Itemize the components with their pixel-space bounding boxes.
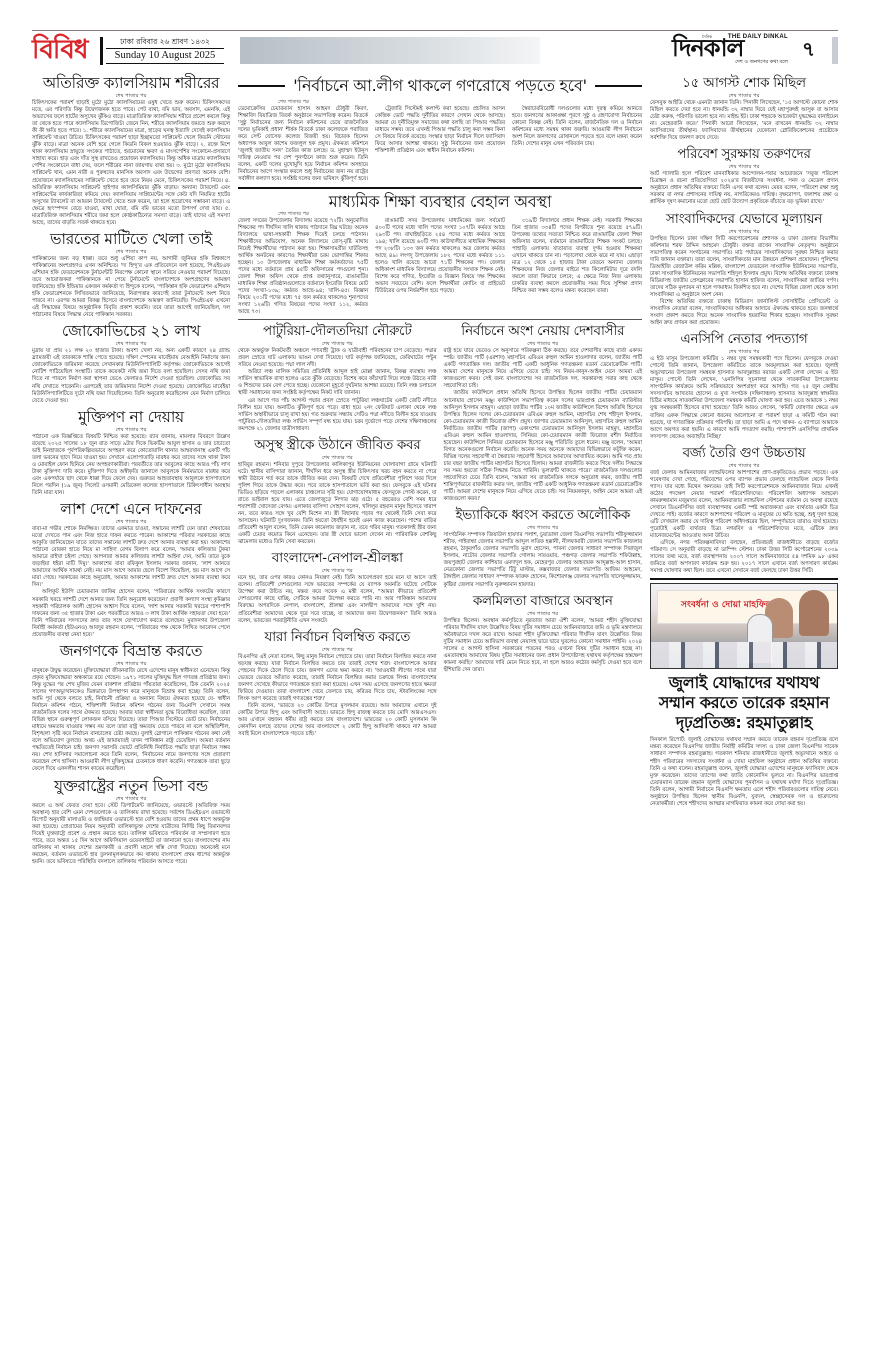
paragraph: এ ইউ মাসুম উপজেলা কমিটির ১ নম্বর যুগ্ম স… [650,356,838,441]
paragraph: পাকিস্তানের জন্য বড় ধাক্কা। তবে শুধু এশ… [32,256,230,319]
continued-label: শেষ পাতার পর [238,647,437,654]
article-body: করলে এ অর্থ ফেরত দেয়া হবে। স্টেট ডিপার্… [32,803,230,866]
paragraph: হাবিবুর রহমান। শনিবার দুপুরে উপজেলার কাল… [238,462,437,547]
headline: সাংবাদিকদের যেভাবে মূল্যায়ন [650,210,838,229]
headline: পাটুরিয়া-দৌলতদিয়া নৌরুটে [238,322,437,341]
paragraph: মনে হয়, তার ওপর কারও কোনও নিয়ন্ত্রণ নে… [238,575,437,624]
lead-headline: 'নির্বাচনে আ.লীগ থাকলে গণরোষে পড়তে হবে' [293,76,586,95]
article-djokovic: জোকোভিচের ২১ লাখ শেষ পাতার পর মুদ্রায় য… [32,322,230,404]
paragraph: জাতীয় কাউন্সিলে প্রধান অতিথি হিসেবে উপস… [444,390,643,503]
article-body: মানুষকে উদ্বুদ্ধ করেছেন। মুক্তিযোদ্ধারা … [32,668,230,774]
masthead-divider [100,37,103,65]
article-waste: বর্জ্য তৈরি গুণ উচ্চতায় শেষ পাতার পর বর… [650,444,838,576]
headline: ইভ্যাকিকে ধ্বংস করতে অলৌকিক [444,506,643,525]
continued-label: শেষ পাতার পর [650,463,838,470]
photo-portrait [799,590,829,636]
paragraph: মানুষকে উদ্বুদ্ধ করেছেন। মুক্তিযোদ্ধারা … [32,668,230,774]
article-july-fighters: সংবর্ধনা ও দোয়া মাহফিল জুলাই যোদ্ধাদের … [650,583,838,807]
article-body: হাবিবুর রহমান। শনিবার দুপুরে উপজেলার কাল… [238,462,437,547]
paragraph: বিএনপির এই নেতা বলেন, কিছু মানুষ নির্বাচ… [238,654,437,703]
article-buried-alive: অসুস্থ স্ত্রীকে উঠানে জীবিত কবর শেষ পাতা… [238,436,437,547]
headline: পরিবেশ সুরক্ষায় তরুণদের [650,145,838,164]
headline: লাশ দেশে এনে দাফনের [32,500,230,519]
headline: নির্বাচনে অংশ নেয়ায় দেশবাসীর [444,322,643,341]
article-delay-election: যারা নির্বাচন বিলম্বিত করতে শেষ পাতার পর… [238,628,437,739]
continued-label: শেষ পাতার পর [32,661,230,668]
continued-label: শেষ পাতার পর [650,93,838,100]
headline: অসুস্থ স্ত্রীকে উঠানে জীবিত কবর [238,436,437,455]
article-body: পাকিস্তানের জন্য বড় ধাক্কা। তবে শুধু এশ… [32,256,230,319]
lead-headline-row: 'নির্বাচনে আ.লীগ থাকলে গণরোষে পড়তে হবে' [238,76,642,95]
right-column: ১৫ আগস্ট শোক মিছিল শেষ পাতার পর ফেসবুক আ… [650,74,838,811]
article-environment-youth: পরিবেশ সুরক্ষায় তরুণদের শেষ পাতার পর আর… [650,145,838,206]
headline: এনসিপি নেতার পদত্যাগ [650,330,838,349]
paragraph: বিশেষ অতিথির বক্তব্যে ঢাকাস্থ মিডিয়াস জ… [650,299,838,327]
article-mourning-procession: ১৫ আগস্ট শোক মিছিল শেষ পাতার পর ফেসবুক আ… [650,74,838,142]
column-text: ট্রেজারি সিস্টেমই কলাপ্ট করা হয়েছে। প্র… [375,106,505,184]
paragraph: উপস্থিত ছিলেন ঢাকা দক্ষিণ সিটি করপোরেশনে… [650,236,838,299]
paragraph: দিনকাল রিপোর্ট: জুলাই যোদ্ধাদের যথাযথ সম… [650,737,838,807]
section-divider [650,578,838,580]
article-journalists: সাংবাদিকদের যেভাবে মূল্যায়ন শেষ পাতার প… [650,210,838,328]
article-body: ফেসবুক আইডি থেকে এমনটা জানান তিনি। পিনাক… [650,100,838,142]
article-ncp-resignation: এনসিপি নেতার পদত্যাগ শেষ পাতার পর এ ইউ ম… [650,330,838,441]
left-column: অতিরিক্ত ক্যালসিয়াম শরীরের শেষ পাতার পর… [32,74,230,869]
photo-banner-text: সংবর্ধনা ও দোয়া মাহফিল [681,597,772,612]
continued-label: শেষ পাতার পর [238,99,642,106]
photo-audience [651,642,837,668]
paragraph: উপস্থিত ছিলেন। অবস্থান কর্মসূচিতে নূরতাজ… [444,618,643,674]
paragraph: রাষ্ট্র হয়ে যাবে ভেবেও সে অনুসারে পরিকল… [444,348,643,390]
date-box: ঢাকা রবিবার ২৬ শ্রাবণ ১৪৩২ Sunday 10 Aug… [106,37,224,64]
date-bengali: ঢাকা রবিবার ২৬ শ্রাবণ ১৪৩২ [106,37,224,49]
center-block: 'নির্বাচনে আ.লীগ থাকলে গণরোষে পড়তে হবে'… [238,74,642,741]
article-body: দিনকাল রিপোর্ট: জুলাই যোদ্ধাদের যথাযথ সম… [650,737,838,807]
article-body: মুদ্রায় যা প্রায় ২১ লক্ষ ২০ হাজার টাকা… [32,348,230,404]
continued-label: শেষ পাতার পর [32,519,230,526]
article-paturia-ferry: পাটুরিয়া-দৌলতদিয়া নৌরুটে শেষ পাতার পর … [238,322,437,433]
continued-label: শেষ পাতার পর [32,93,230,100]
article-bd-nepal-srilanka: বাংলাদেশ-নেপাল-শ্রীলঙ্কা শেষ পাতার পর মন… [238,549,437,624]
article-body: আর্ট গ্যালারি হলে পরিবেশ মানবাধিকার আন্দ… [650,171,838,206]
paragraph: করলে এ অর্থ ফেরত দেয়া হবে। স্টেট ডিপার্… [32,803,230,866]
headline: জোকোভিচের ২১ লাখ [32,322,230,341]
center-two-column: পাটুরিয়া-দৌলতদিয়া নৌরুটে শেষ পাতার পর … [238,322,642,741]
column-text: ৩১৯টি বিদ্যালয়ে প্রধান শিক্ষক নেই। সরকা… [512,218,642,317]
article-body: থেকে অন্তর্ভুক্ত নিকটবর্তী অঞ্চলে পণ্যবা… [238,348,437,433]
article-body: এ ইউ মাসুম উপজেলা কমিটির ১ নম্বর যুগ্ম স… [650,356,838,441]
article-kolmilota-bazar: কলমিলতা বাজারে অবস্থান শেষ পাতার পর উপস্… [444,592,643,674]
brand-tagline: দেশ ও জনগণের কথা বলে [735,59,788,67]
article-body: সাংগঠনিক সম্পাদক জিয়াউল হায়দার পলাশ, চ… [444,532,643,588]
paragraph: অলিকুট ইউপি চেয়ারম্যান জাকির হোসেন বলেন… [32,589,230,638]
headline: ভারতের মাটিতে খেলা তাই [32,230,230,249]
center-left-subcolumn: পাটুরিয়া-দৌলতদিয়া নৌরুটে শেষ পাতার পর … [238,322,437,741]
headline: ১৫ আগস্ট শোক মিছিল [650,74,838,93]
paragraph: তিনি বলেন, 'ভারতে ২০ কোটির উপরে মুসলমান … [238,703,437,738]
continued-label: শেষ পাতার পর [650,229,838,236]
continued-label: শেষ পাতার পর [32,427,230,434]
article-body: বাবা-মা গভীর শোকে নিমজ্জিত। তাদের একমাত্… [32,526,230,639]
masthead-edge [832,37,838,64]
section-divider [238,319,642,320]
article-jatiya-party: নির্বাচনে অংশ নেয়ায় দেশবাসীর শেষ পাতার… [444,322,643,503]
paragraph: চিকিৎসকের পরামর্শ ছাড়াই মুঠো মুঠো ক্যাল… [32,100,230,227]
headline: বাংলাদেশ-নেপাল-শ্রীলঙ্কা [238,549,437,568]
education-article-columns: জেলা সদরের উপজেলায় বিদ্যালয় রয়েছে ৭২ট… [238,218,642,317]
paragraph: আর্ট গ্যালারি হলে পরিবেশ মানবাধিকার আন্দ… [650,171,838,206]
article-body-repatriation: লাশ দেশে এনে দাফনের শেষ পাতার পর বাবা-মা… [32,500,230,639]
column-text: স্বৈরাচারবিরোধী দলগুলোর মধ্যে দূরত্ব কমি… [512,106,642,184]
continued-label: শেষ পাতার পর [32,796,230,803]
article-us-visa-bond: যুক্তরাষ্ট্রের নতুন ভিসা বন্ড শেষ পাতার … [32,777,230,866]
headline: জনগণকে বিভ্রান্ত করতে [32,642,230,661]
section-divider [238,187,642,189]
article-ransom: মুক্তিপণ না দেয়ায় শেষ পাতার পর পাঠানো … [32,408,230,497]
paragraph: বর্জ্য ফেলায় আমিনবাজার ল্যান্ডফিলের আশপ… [650,470,838,540]
headline: যুক্তরাষ্ট্রের নতুন ভিসা বন্ড [32,777,230,796]
article-lead-election: 'নির্বাচনে আ.লীগ থাকলে গণরোষে পড়তে হবে'… [238,76,642,184]
headline: মাধ্যমিক শিক্ষা ব্যবস্থার বেহাল অবস্থা [238,192,642,211]
date-english: Sunday 10 August 2025 [106,49,224,64]
paragraph: পাঠানো এক বিজ্ঞপ্তিতে বিষয়টি নিশ্চিত কর… [32,434,230,497]
brand-logo: দৈনিক THE DAILY DINKAL দিনকাল দেশ ও জনগণ… [672,34,792,66]
continued-label: শেষ পাতার পর [238,455,437,462]
paragraph: অরিচা লঞ্চ মালিক সমিতির প্রতিনিধি আব্দুল… [238,369,437,397]
article-destroy: ইভ্যাকিকে ধ্বংস করতে অলৌকিক শেষ পাতার পর… [444,506,643,588]
article-calcium: অতিরিক্ত ক্যালসিয়াম শরীরের শেষ পাতার পর… [32,74,230,227]
brand-wordmark: দিনকাল [672,36,743,60]
paragraph: সাংগঠনিক সম্পাদক জিয়াউল হায়দার পলাশ, চ… [444,532,643,588]
article-misleading-public: জনগণকে বিভ্রান্ত করতে শেষ পাতার পর মানুষ… [32,642,230,774]
headline-rule-right [595,85,642,87]
paragraph: মুদ্রায় যা প্রায় ২১ লক্ষ ২০ হাজার টাকা… [32,348,230,404]
article-body: পাঠানো এক বিজ্ঞপ্তিতে বিষয়টি নিশ্চিত কর… [32,434,230,497]
article-body: মনে হয়, তার ওপর কারও কোনও নিয়ন্ত্রণ নে… [238,575,437,624]
headline: কলমিলতা বাজারে অবস্থান [444,592,643,611]
paragraph: বাবা-মা গভীর শোকে নিমজ্জিত। তাদের একমাত্… [32,526,230,589]
paragraph: থেকে অন্তর্ভুক্ত নিকটবর্তী অঞ্চলে পণ্যবা… [238,348,437,369]
masthead-gradient-bar [240,37,540,64]
continued-label: শেষ পাতার পর [444,611,643,618]
paragraph: ফেসবুক আইডি থেকে এমনটা জানান তিনি। পিনাক… [650,100,838,142]
article-body: উপস্থিত ছিলেন ঢাকা দক্ষিণ সিটি করপোরেশনে… [650,236,838,328]
newspaper-page: বিবিধ ঢাকা রবিবার ২৬ শ্রাবণ ১৪৩২ Sunday … [32,30,838,1330]
article-body: চিকিৎসকের পরামর্শ ছাড়াই মুঠো মুঠো ক্যাল… [32,100,230,227]
continued-label: শেষ পাতার পর [238,568,437,575]
headline: মুক্তিপণ না দেয়ায় [32,408,230,427]
headline: যারা নির্বাচন বিলম্বিত করতে [238,628,437,647]
masthead: বিবিধ ঢাকা রবিবার ২৬ শ্রাবণ ১৪৩২ Sunday … [32,30,838,66]
continued-label: শেষ পাতার পর [238,211,642,218]
paragraph: এদিকে, নগর পরিকল্পনাবিদরা বলছেন, প্রতিবছ… [650,540,838,575]
article-secondary-education: মাধ্যমিক শিক্ষা ব্যবস্থার বেহাল অবস্থা শ… [238,192,642,317]
section-name: বিবিধ [32,35,87,65]
lead-article-columns: ডেমোক্রেসির চেয়ারম্যান হাসান আহমদ চৌধুর… [238,106,642,184]
center-right-subcolumn: নির্বাচনে অংশ নেয়ায় দেশবাসীর শেষ পাতার… [444,322,643,741]
news-photo: সংবর্ধনা ও দোয়া মাহফিল [650,583,838,669]
continued-label: শেষ পাতার পর [32,249,230,256]
article-india-hockey: ভারতের মাটিতে খেলা তাই শেষ পাতার পর পাকি… [32,230,230,319]
headline: অতিরিক্ত ক্যালসিয়াম শরীরের [32,74,230,93]
article-body: বর্জ্য ফেলায় আমিনবাজার ল্যান্ডফিলের আশপ… [650,470,838,576]
paragraph: এর আগে গত পাঁচ আগস্ট পদ্মার প্রবল স্রোতে… [238,398,437,433]
headline: জুলাই যোদ্ধাদের যথাযথ সম্মান করতে তারেক … [650,673,838,733]
article-body: রাষ্ট্র হয়ে যাবে ভেবেও সে অনুসারে পরিকল… [444,348,643,503]
headline-rule-left [238,85,285,87]
column-text: ডেমোক্রেসির চেয়ারম্যান হাসান আহমদ চৌধুর… [238,106,368,184]
page-number: ৭ [802,35,815,68]
column-text: রাঙামাটি সদর উপজেলায় মাধ্যমিকের জন্য সর… [375,218,505,317]
article-body: বিএনপির এই নেতা বলেন, কিছু মানুষ নির্বাচ… [238,654,437,739]
column-text: জেলা সদরের উপজেলায় বিদ্যালয় রয়েছে ৭২ট… [238,218,368,317]
headline: বর্জ্য তৈরি গুণ উচ্চতায় [650,444,838,463]
article-body: উপস্থিত ছিলেন। অবস্থান কর্মসূচিতে নূরতাজ… [444,618,643,674]
